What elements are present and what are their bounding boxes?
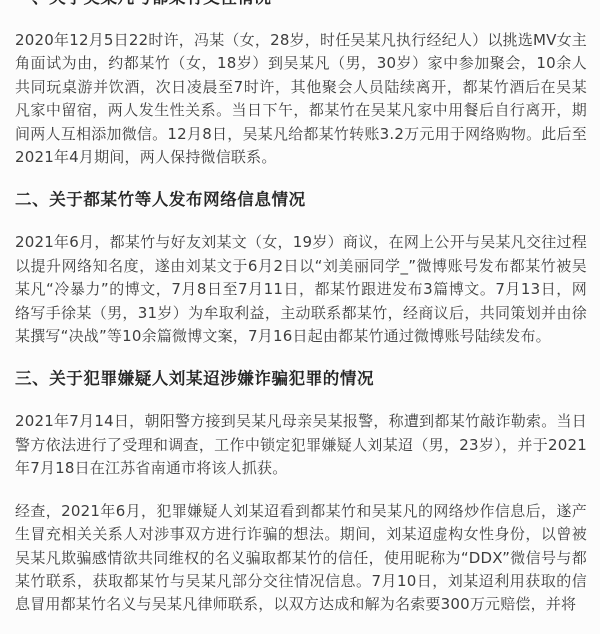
section-heading: 一、关于吴某凡与都某竹交往情况 [15,0,587,10]
section-paragraph: 2021年7月14日，朝阳警方接到吴某凡母亲吴某报警，称遭到都某竹敲诈勒索。当日… [15,410,587,480]
document: 一、关于吴某凡与都某竹交往情况 2020年12月5日22时许，冯某（女，28岁，… [0,0,600,634]
section-fraud-suspect: 三、关于犯罪嫌疑人刘某迢涉嫌诈骗犯罪的情况 2021年7月14日，朝阳警方接到吴… [15,367,587,616]
section-heading: 三、关于犯罪嫌疑人刘某迢涉嫌诈骗犯罪的情况 [15,367,587,391]
section-heading: 二、关于都某竹等人发布网络信息情况 [15,188,587,212]
section-paragraph: 2021年6月，都某竹与好友刘某文（女，19岁）商议，在网上公开与吴某凡交往过程… [15,231,587,348]
section-paragraph: 2020年12月5日22时许，冯某（女，28岁，时任吴某凡执行经纪人）以挑选MV… [15,29,587,169]
section-online-posts: 二、关于都某竹等人发布网络信息情况 2021年6月，都某竹与好友刘某文（女，19… [15,188,587,348]
section-relationship: 一、关于吴某凡与都某竹交往情况 2020年12月5日22时许，冯某（女，28岁，… [15,0,587,169]
section-paragraph: 经查，2021年6月，犯罪嫌疑人刘某迢看到都某竹和吴某凡的网络炒作信息后，遂产生… [15,500,587,617]
